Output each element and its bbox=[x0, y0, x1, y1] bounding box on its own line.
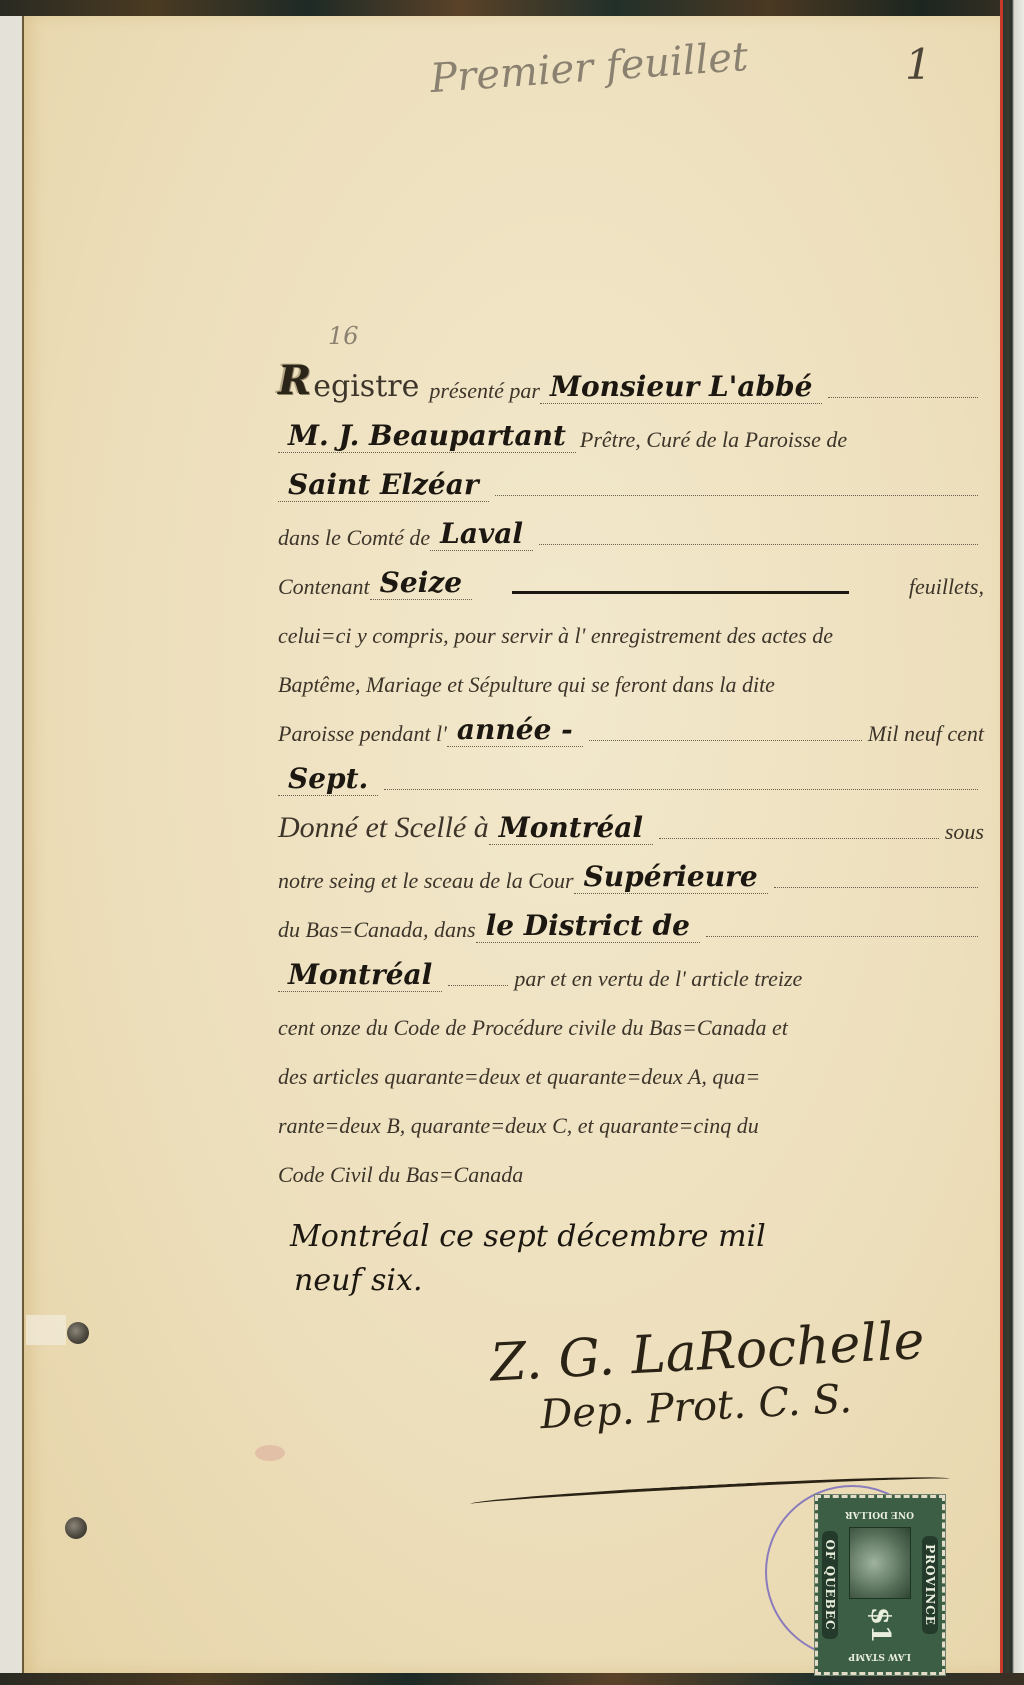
law-stamp: PROVINCE ONE DOLLAR $1 LAW STAMP OF QUEB… bbox=[815, 1495, 945, 1675]
fill-rule bbox=[539, 544, 978, 545]
form-line: des articles quarante=deux et quarante=d… bbox=[278, 1041, 984, 1090]
fill-rule bbox=[512, 591, 849, 594]
printed-text: Prêtre, Curé de la Paroisse de bbox=[580, 427, 847, 453]
stamp-top-text: PROVINCE bbox=[922, 1536, 938, 1634]
fill-rule bbox=[774, 887, 978, 888]
printed-text: du Bas=Canada, dans bbox=[278, 917, 476, 943]
handwritten-entry: M. J. Beaupartant bbox=[278, 421, 576, 453]
handwritten-entry: Seize bbox=[370, 568, 472, 600]
closing-line-2: neuf six. bbox=[294, 1259, 990, 1303]
seated-figure-icon bbox=[849, 1527, 911, 1599]
handwritten-entry: le District de bbox=[476, 911, 700, 943]
form-line: cent onze du Code de Procédure civile du… bbox=[278, 992, 984, 1041]
stamp-left-text: ONE DOLLAR bbox=[846, 1509, 915, 1519]
printed-text: rante=deux B, quarante=deux C, et quaran… bbox=[278, 1113, 759, 1139]
fill-rule bbox=[495, 495, 978, 496]
form-line: du Bas=Canada, dans le District de bbox=[278, 894, 984, 943]
handwritten-entry: Monsieur L'abbé bbox=[540, 372, 822, 404]
form-line: rante=deux B, quarante=deux C, et quaran… bbox=[278, 1090, 984, 1139]
handwritten-entry: Saint Elzéar bbox=[278, 470, 489, 502]
printed-text: celui=ci y compris, pour servir à l' enr… bbox=[278, 623, 833, 649]
form-line: notre seing et le sceau de la Cour Supér… bbox=[278, 845, 984, 894]
printed-text: Contenant bbox=[278, 574, 370, 600]
binding-hole-icon bbox=[65, 1517, 87, 1539]
form-line: Paroisse pendant l' année - Mil neuf cen… bbox=[278, 698, 984, 747]
fill-rule bbox=[659, 838, 939, 839]
form-line: Contenant Seize feuillets, bbox=[278, 551, 984, 600]
paper-tear bbox=[26, 1315, 66, 1345]
form-line: Saint Elzéar bbox=[278, 453, 984, 502]
handwritten-entry: Laval bbox=[430, 519, 533, 551]
certification-form: R egistre présenté par Monsieur L'abbé M… bbox=[278, 355, 984, 1188]
printed-text: Mil neuf cent bbox=[868, 721, 984, 747]
closing-date-statement: Montréal ce sept décembre mil neuf six. bbox=[290, 1215, 990, 1303]
printed-text: sous bbox=[945, 819, 984, 845]
form-line: dans le Comté de Laval bbox=[278, 502, 984, 551]
printed-text: feuillets, bbox=[909, 574, 984, 600]
printed-text: dans le Comté de bbox=[278, 525, 430, 551]
adjacent-page-edge bbox=[0, 16, 24, 1676]
handwritten-entry: Supérieure bbox=[574, 862, 768, 894]
handwritten-entry: année - bbox=[447, 715, 583, 747]
binding-hole-icon bbox=[67, 1322, 89, 1344]
printed-text: Paroisse pendant l' bbox=[278, 721, 447, 747]
signature-block: Z. G. LaRochelle Dep. Prot. C. S. bbox=[490, 1320, 1010, 1426]
title-word: egistre bbox=[313, 369, 419, 404]
form-line: M. J. Beaupartant Prêtre, Curé de la Par… bbox=[278, 404, 984, 453]
stamp-bottom-text: OF QUEBEC bbox=[822, 1531, 838, 1638]
page-number: 1 bbox=[905, 40, 932, 89]
form-line: Code Civil du Bas=Canada bbox=[278, 1139, 984, 1188]
printed-text: Donné et Scellé à bbox=[278, 811, 489, 845]
printed-text: par et en vertu de l' article treize bbox=[514, 966, 802, 992]
form-line: celui=ci y compris, pour servir à l' enr… bbox=[278, 600, 984, 649]
printed-text: Code Civil du Bas=Canada bbox=[278, 1162, 523, 1188]
form-line: Sept. bbox=[278, 747, 984, 796]
printed-text: cent onze du Code de Procédure civile du… bbox=[278, 1015, 788, 1041]
handwritten-entry: Montréal bbox=[489, 813, 653, 845]
paper-stain bbox=[255, 1445, 285, 1461]
stamp-center: ONE DOLLAR $1 LAW STAMP bbox=[846, 1509, 915, 1661]
fill-rule bbox=[706, 936, 978, 937]
book-binding-top bbox=[0, 0, 1024, 16]
fill-rule bbox=[589, 740, 862, 741]
fill-rule bbox=[448, 985, 508, 986]
form-line: Montréal par et en vertu de l' article t… bbox=[278, 943, 984, 992]
handwritten-entry: Montréal bbox=[278, 960, 442, 992]
form-line: Baptême, Mariage et Sépulture qui se fer… bbox=[278, 649, 984, 698]
form-line: Donné et Scellé à Montréal sous bbox=[278, 796, 984, 845]
closing-line-1: Montréal ce sept décembre mil bbox=[290, 1215, 990, 1259]
fill-rule bbox=[384, 789, 978, 790]
printed-text: notre seing et le sceau de la Cour bbox=[278, 868, 574, 894]
stamp-value: $1 bbox=[865, 1607, 895, 1643]
printed-text: des articles quarante=deux et quarante=d… bbox=[278, 1064, 760, 1090]
ornamental-initial: R bbox=[278, 357, 311, 404]
stamp-right-text: LAW STAMP bbox=[849, 1651, 912, 1661]
book-binding-right bbox=[1000, 0, 1024, 1685]
form-line: R egistre présenté par Monsieur L'abbé bbox=[278, 355, 984, 404]
fill-rule bbox=[828, 397, 978, 398]
printed-text: présenté par bbox=[429, 378, 540, 404]
printed-text: Baptême, Mariage et Sépulture qui se fer… bbox=[278, 672, 775, 698]
sheet-count-annotation: 16 bbox=[328, 322, 359, 350]
handwritten-entry: Sept. bbox=[278, 764, 378, 796]
